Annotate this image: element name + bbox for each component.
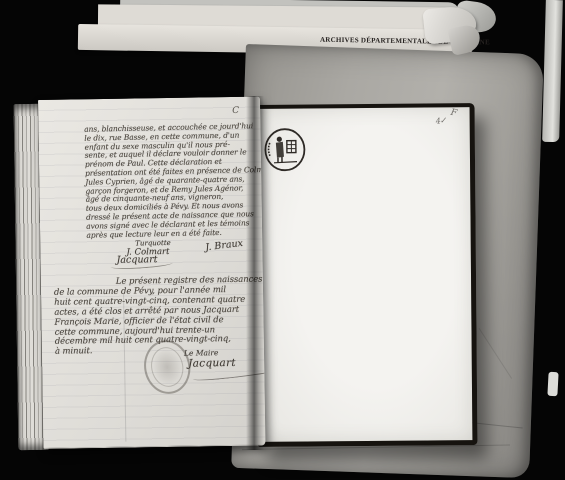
book-gutter-shadow [246, 96, 264, 450]
signature-witness3: J. Braux [205, 238, 244, 253]
mounted-blank-page: F 4✓ [255, 103, 478, 447]
pencil-mark-folio: 4✓ [435, 116, 446, 126]
birth-act-text: ans, blanchisseuse, et accouchée ce jour… [84, 122, 264, 240]
paper-sliver-top-right [542, 0, 563, 142]
left-register-page: C ans, blanchisseuse, et accouchée ce jo… [38, 97, 265, 449]
mairie-stamp-inner [148, 344, 187, 389]
archives-round-stamp-icon [264, 127, 308, 173]
paper-sliver-mid-right [547, 372, 558, 396]
pencil-mark-top: F [449, 108, 457, 119]
register-scan: ARCHIVES DÉPARTEMENTALES DE LA MARNE F 4… [0, 0, 565, 480]
paper-crease [479, 328, 513, 379]
corner-mark: C [232, 106, 239, 116]
